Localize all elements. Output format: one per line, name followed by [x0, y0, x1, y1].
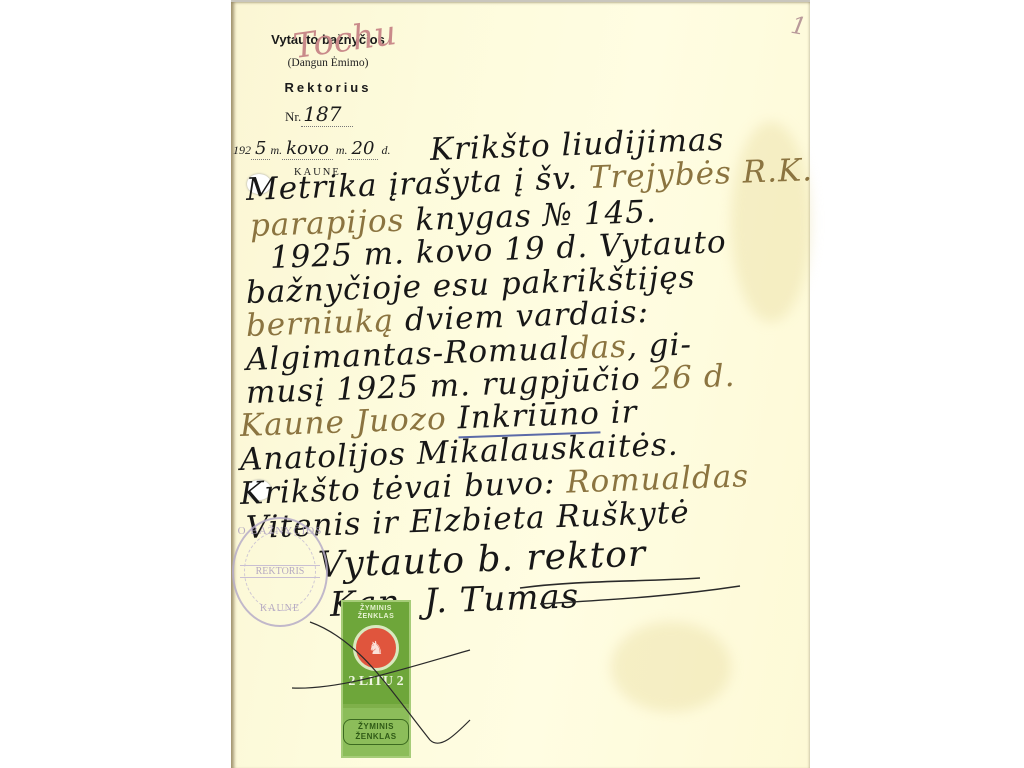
cancellation-strokes	[0, 0, 1024, 768]
